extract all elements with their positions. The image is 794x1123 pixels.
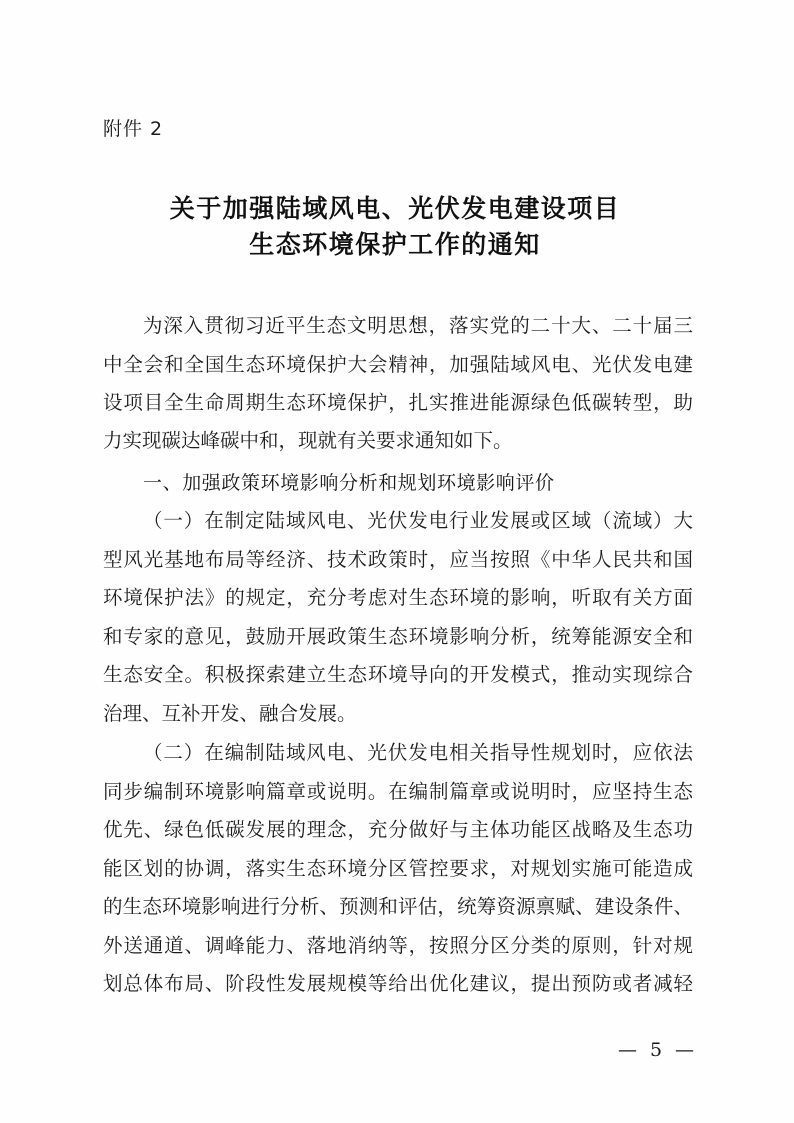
paragraph-line: 力实现碳达峰碳中和，现就有关要求通知如下。 [103,427,693,455]
paragraph-line: 治理、互补开发、融合发展。 [103,700,693,728]
paragraph-line: 和专家的意见，鼓励开展政策生态环境影响分析，统筹能源安全和 [103,623,693,651]
document-title-line-1: 关于加强陆域风电、光伏发电建设项目 [0,192,790,226]
paragraph-line: 同步编制环境影响篇章或说明。在编制篇章或说明时，应坚持生态 [103,778,693,806]
document-page: 附件 2 关于加强陆域风电、光伏发电建设项目 生态环境保护工作的通知 为深入贯彻… [0,0,794,1123]
paragraph-line: 外送通道、调峰能力、落地消纳等，按照分区分类的原则，针对规 [103,932,693,960]
paragraph-line: 中全会和全国生态环境保护大会精神，加强陆域风电、光伏发电建 [103,351,693,379]
paragraph-line: 型风光基地布局等经济、技术政策时，应当按照《中华人民共和国 [103,546,693,574]
paragraph-line: 环境保护法》的规定，充分考虑对生态环境的影响，听取有关方面 [103,584,693,612]
section-heading-1: 一、加强政策环境影响分析和规划环境影响评价 [143,469,555,497]
paragraph-line: 的生态环境影响进行分析、预测和评估，统筹资源禀赋、建设条件、 [103,893,693,921]
page-number: — 5 — [618,1037,694,1063]
paragraph-line: （二）在编制陆域风电、光伏发电相关指导性规划时，应依法 [143,739,693,767]
paragraph-line: 能区划的协调，落实生态环境分区管控要求，对规划实施可能造成 [103,855,693,883]
document-title-line-2: 生态环境保护工作的通知 [0,228,790,262]
paragraph-line: 为深入贯彻习近平生态文明思想，落实党的二十大、二十届三 [143,312,693,340]
paragraph-line: 划总体布局、阶段性发展规模等给出优化建议，提出预防或者减轻 [103,970,693,998]
paragraph-line: 生态安全。积极探索建立生态环境导向的开发模式，推动实现综合 [103,661,693,689]
paragraph-line: 优先、绿色低碳发展的理念，充分做好与主体功能区战略及生态功 [103,816,693,844]
paragraph-line: 设项目全生命周期生态环境保护，扎实推进能源绿色低碳转型，助 [103,389,693,417]
attachment-label: 附件 2 [103,116,163,142]
paragraph-line: （一）在制定陆域风电、光伏发电行业发展或区域（流域）大 [143,507,693,535]
